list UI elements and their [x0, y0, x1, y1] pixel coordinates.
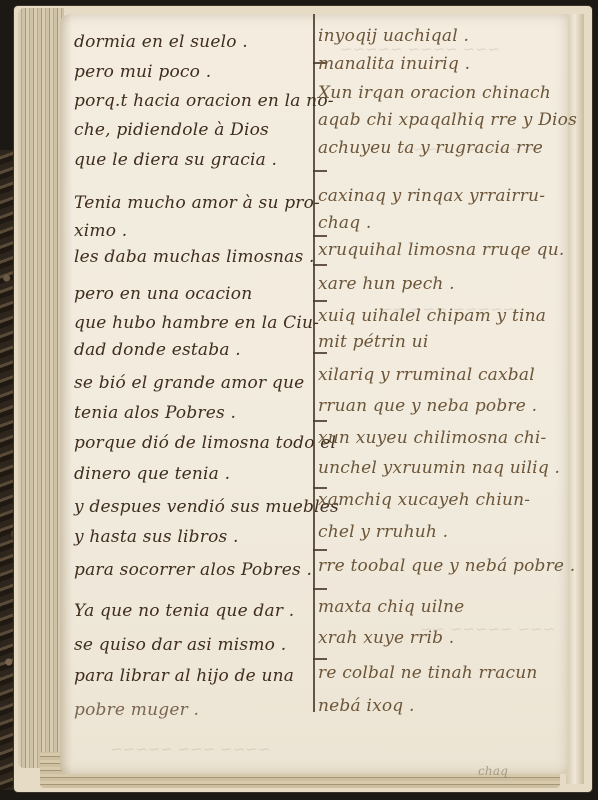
kiche-line: rruan que y neba pobre . — [318, 396, 537, 416]
row-divider-tick — [313, 352, 327, 354]
kiche-line: xilariq y rruminal caxbal — [318, 365, 535, 385]
spanish-line: y hasta sus libros . — [74, 527, 239, 547]
manuscript-photo: ~~~ ~~~~ ~~~~~ ~~~~ ~~ ~~~~ ~~~~~ ~~~ ~~… — [0, 0, 598, 800]
kiche-line: chel y rruhuh . — [318, 522, 448, 542]
kiche-line: achuyeu ta y rugracia rre — [318, 138, 543, 158]
kiche-line: xruquihal limosna rruqe qu. — [318, 240, 564, 260]
spanish-line: pobre muger . — [74, 700, 199, 720]
spanish-line: porq.t hacia oracion en la no- — [74, 91, 334, 111]
kiche-line: mit pétrin ui — [318, 332, 428, 352]
spanish-line: pero en una ocacion — [74, 284, 252, 304]
kiche-line: xun xuyeu chilimosna chi- — [318, 428, 546, 448]
row-divider-tick — [313, 170, 327, 172]
row-divider-tick — [313, 264, 327, 266]
spanish-line: Tenia mucho amor à su pro- — [74, 193, 320, 213]
kiche-line: re colbal ne tinah rracun — [318, 663, 538, 683]
kiche-line: manalita inuiriq . — [318, 54, 470, 74]
spanish-line: porque dió de limosna todo el — [74, 433, 336, 453]
spanish-line: se quiso dar asi mismo . — [74, 635, 286, 655]
row-divider-tick — [313, 588, 327, 590]
kiche-line: aqab chi xpaqalhiq rre y Dios — [318, 110, 577, 130]
kiche-line: rre toobal que y nebá pobre . — [318, 556, 575, 576]
spanish-line: que hubo hambre en la Ciu- — [74, 313, 319, 333]
kiche-line: xare hun pech . — [318, 274, 455, 294]
kiche-line: inyoqij uachiqal . — [318, 26, 469, 46]
spanish-line: y despues vendió sus muebles — [74, 497, 339, 517]
spanish-line: para socorrer alos Pobres . — [74, 560, 312, 580]
page-edges-left — [18, 8, 64, 768]
spanish-line: les daba muchas limosnas . — [74, 247, 315, 267]
kiche-line: xamchiq xucayeh chiun- — [318, 490, 530, 510]
kiche-line: maxta chiq uilne — [318, 597, 464, 617]
spanish-line: que le diera su gracia . — [74, 150, 277, 170]
spanish-line: se bió el grande amor que — [74, 373, 304, 393]
kiche-line: unchel yxruumin naq uiliq . — [318, 458, 560, 478]
column-divider — [313, 14, 315, 712]
row-divider-tick — [313, 658, 327, 660]
row-divider-tick — [313, 300, 327, 302]
spanish-line: ximo . — [74, 221, 127, 241]
kiche-line: Xun irqan oracion chinach — [318, 83, 551, 103]
bleed-through-text: ~~~~ ~~~ ~~~~~ — [110, 740, 270, 758]
spanish-line: dormia en el suelo . — [74, 32, 248, 52]
spanish-line: dad donde estaba . — [74, 340, 241, 360]
spanish-line: che, pidiendole à Dios — [74, 120, 269, 140]
bottom-edge-mark: chaq — [478, 764, 508, 778]
row-divider-tick — [313, 420, 327, 422]
kiche-line: xrah xuye rrib . — [318, 628, 454, 648]
kiche-line: xuiq uihalel chipam y tina — [318, 306, 546, 326]
kiche-line: nebá ixoq . — [318, 696, 415, 716]
spanish-line: Ya que no tenia que dar . — [74, 601, 294, 621]
row-divider-tick — [313, 487, 327, 489]
spanish-line: tenia alos Pobres . — [74, 403, 236, 423]
spanish-line: para librar al hijo de una — [74, 666, 294, 686]
spanish-line: dinero que tenia . — [74, 464, 230, 484]
spanish-line: pero mui poco . — [74, 62, 211, 82]
row-divider-tick — [313, 235, 327, 237]
kiche-line: chaq . — [318, 213, 372, 233]
kiche-line: caxinaq y rinqax yrrairru- — [318, 186, 545, 206]
row-divider-tick — [313, 549, 327, 551]
